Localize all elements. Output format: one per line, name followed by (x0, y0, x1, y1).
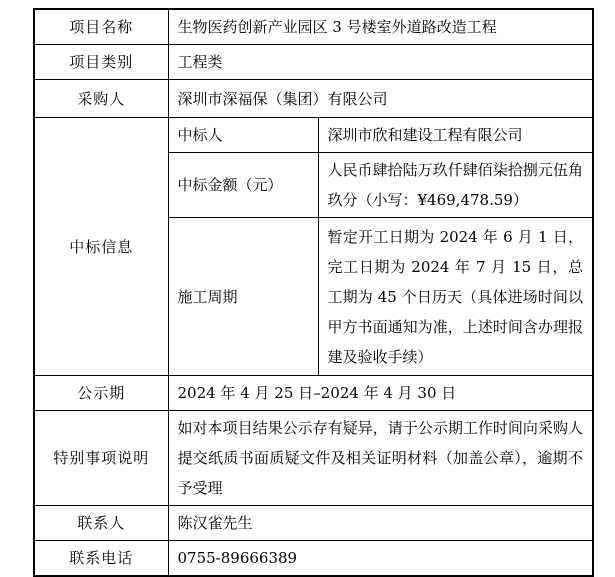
contact-phone-label: 联系电话 (34, 541, 168, 577)
table-row: 项目类别 工程类 (34, 45, 593, 80)
contact-phone-value: 0755-89666389 (168, 541, 593, 577)
contact-person-value: 陈汉雀先生 (168, 506, 593, 541)
table-row: 采购人 深圳市深福保（集团）有限公司 (34, 80, 593, 118)
bid-winner-label: 中标人 (168, 118, 318, 153)
publicity-period-label: 公示期 (34, 376, 168, 411)
construction-period-label: 施工周期 (168, 218, 318, 376)
bid-info-label: 中标信息 (34, 118, 168, 376)
bid-winner-value: 深圳市欣和建设工程有限公司 (318, 118, 593, 153)
bid-amount-value: 人民币肆拾陆万玖仟肆佰柒拾捌元伍角玖分（小写：¥469,478.59） (318, 153, 593, 218)
table-row: 公示期 2024 年 4 月 25 日–2024 年 4 月 30 日 (34, 376, 593, 411)
project-name-label: 项目名称 (34, 9, 168, 45)
construction-period-value: 暂定开工日期为 2024 年 6 月 1 日，完工日期为 2024 年 7 月 … (318, 218, 593, 376)
project-category-label: 项目类别 (34, 45, 168, 80)
table-row: 特别事项说明 如对本项目结果公示存有疑异，请于公示期工作时间向采购人提交纸质书面… (34, 411, 593, 506)
special-notes-value: 如对本项目结果公示存有疑异，请于公示期工作时间向采购人提交纸质书面质疑文件及相关… (168, 411, 593, 506)
table-row: 联系电话 0755-89666389 (34, 541, 593, 577)
project-name-value: 生物医药创新产业园区 3 号楼室外道路改造工程 (168, 9, 593, 45)
purchaser-label: 采购人 (34, 80, 168, 118)
table-row: 中标信息 中标人 深圳市欣和建设工程有限公司 (34, 118, 593, 153)
purchaser-value: 深圳市深福保（集团）有限公司 (168, 80, 593, 118)
table-row: 联系人 陈汉雀先生 (34, 506, 593, 541)
bid-amount-label: 中标金额（元） (168, 153, 318, 218)
special-notes-label: 特别事项说明 (34, 411, 168, 506)
contact-person-label: 联系人 (34, 506, 168, 541)
table-row: 项目名称 生物医药创新产业园区 3 号楼室外道路改造工程 (34, 9, 593, 45)
publicity-period-value: 2024 年 4 月 25 日–2024 年 4 月 30 日 (168, 376, 593, 411)
project-category-value: 工程类 (168, 45, 593, 80)
procurement-result-table: 项目名称 生物医药创新产业园区 3 号楼室外道路改造工程 项目类别 工程类 采购… (33, 8, 594, 577)
